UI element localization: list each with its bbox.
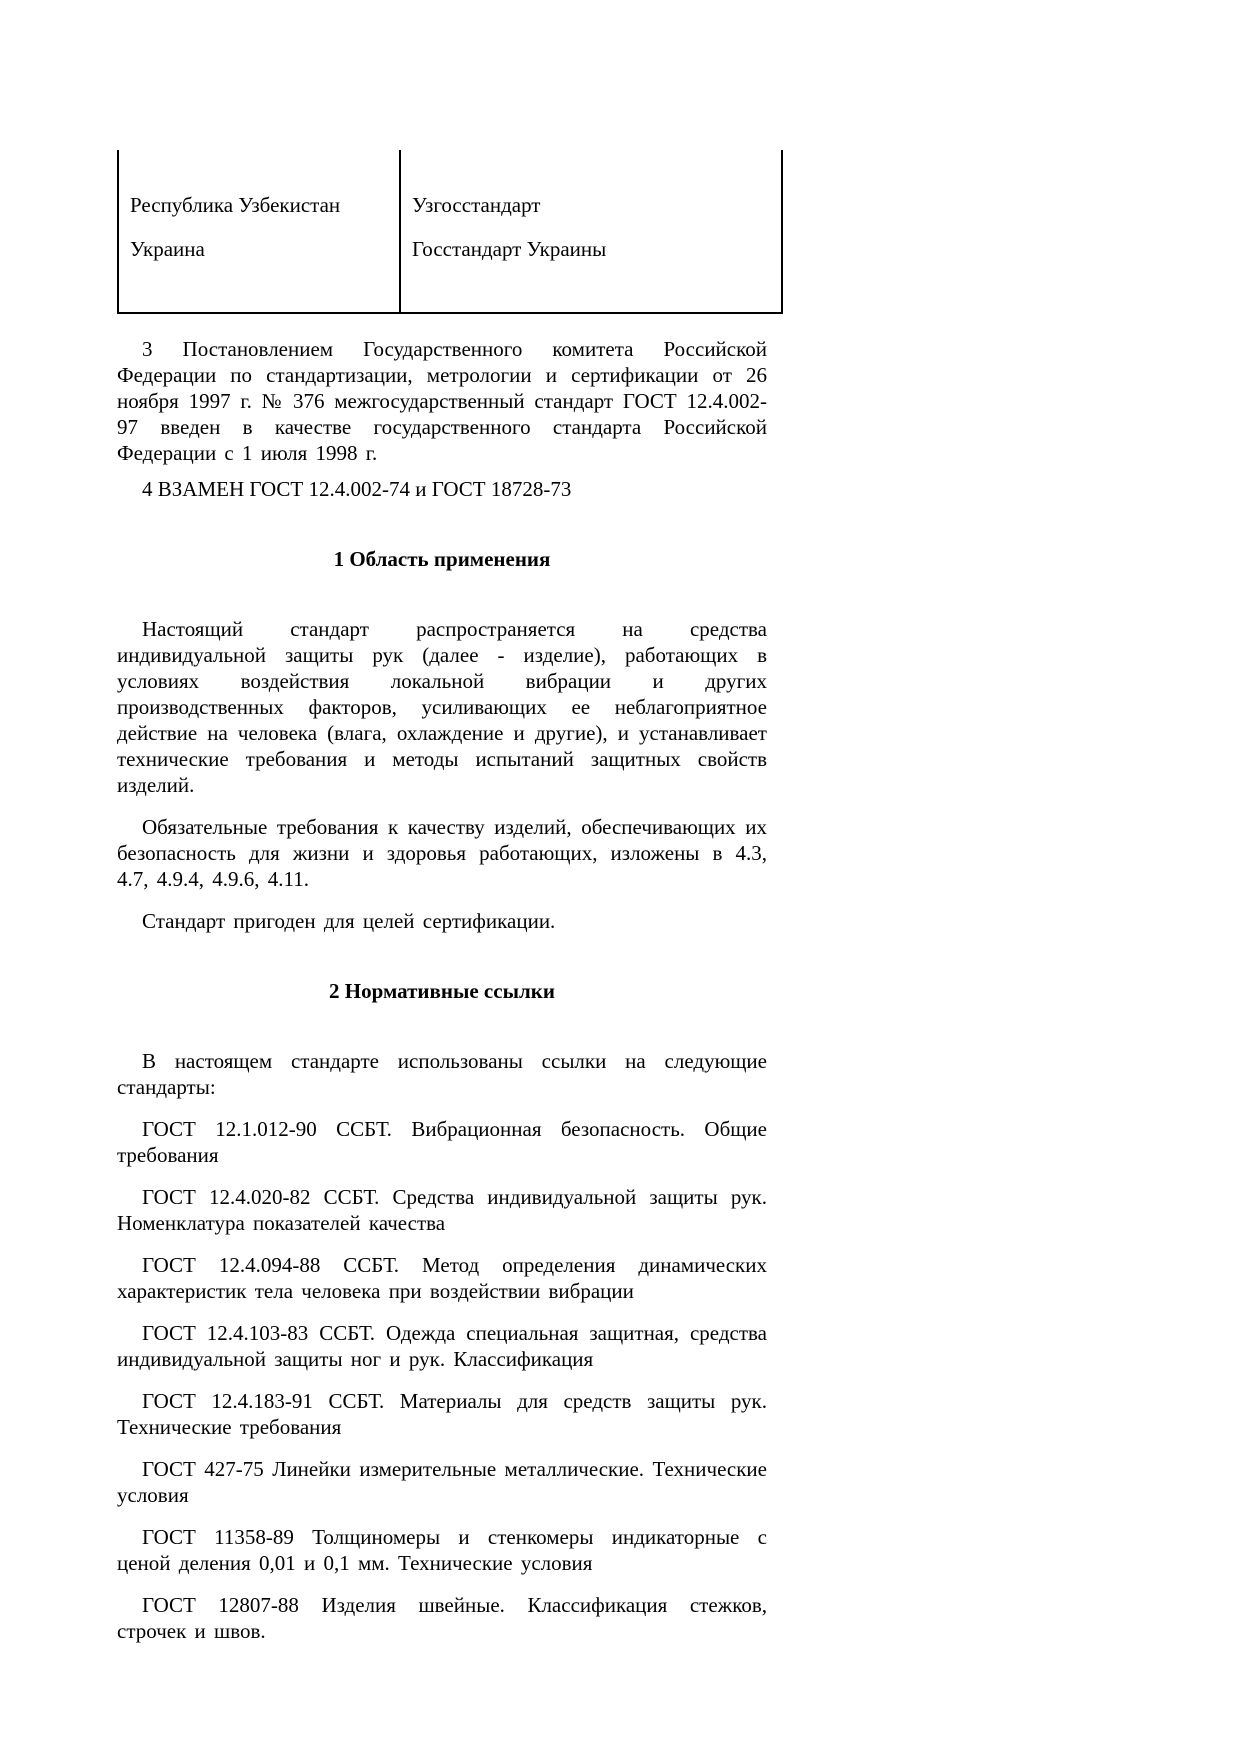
state-name: Украина	[130, 236, 389, 262]
normative-reference: ГОСТ 427-75 Линейки измерительные металл…	[117, 1456, 767, 1508]
normative-reference: ГОСТ 12.4.103-83 ССБТ. Одежда специальна…	[117, 1320, 767, 1372]
table-cell-agencies: Узгосстандарт Госстандарт Украины	[399, 150, 783, 312]
section-2-heading: 2 Нормативные ссылки	[117, 978, 767, 1004]
agency-name: Узгосстандарт	[412, 192, 771, 218]
scope-paragraph: Настоящий стандарт распространяется на с…	[117, 616, 767, 798]
references-intro: В настоящем стандарте использованы ссылк…	[117, 1048, 767, 1100]
document-page: Республика Узбекистан Украина Узгосстанд…	[0, 0, 1240, 1755]
normative-reference: ГОСТ 12.4.183-91 ССБТ. Материалы для сре…	[117, 1388, 767, 1440]
scope-paragraph: Стандарт пригоден для целей сертификации…	[117, 908, 767, 934]
foreword-item-4: 4 ВЗАМЕН ГОСТ 12.4.002-74 и ГОСТ 18728-7…	[117, 476, 767, 502]
normative-reference: ГОСТ 12807-88 Изделия швейные. Классифик…	[117, 1592, 767, 1644]
state-name: Республика Узбекистан	[130, 192, 389, 218]
normative-reference: ГОСТ 12.4.020-82 ССБТ. Средства индивиду…	[117, 1184, 767, 1236]
section-1-heading: 1 Область применения	[117, 546, 767, 572]
foreword-item-3: 3 Постановлением Государственного комите…	[117, 336, 767, 466]
agency-name: Госстандарт Украины	[412, 236, 771, 262]
table-cell-states: Республика Узбекистан Украина	[117, 150, 399, 312]
normative-reference: ГОСТ 11358-89 Толщиномеры и стенкомеры и…	[117, 1524, 767, 1576]
document-content: Республика Узбекистан Украина Узгосстанд…	[117, 150, 767, 1644]
member-states-table: Республика Узбекистан Украина Узгосстанд…	[117, 150, 783, 314]
normative-reference: ГОСТ 12.1.012-90 ССБТ. Вибрационная безо…	[117, 1116, 767, 1168]
normative-reference: ГОСТ 12.4.094-88 ССБТ. Метод определения…	[117, 1252, 767, 1304]
scope-paragraph: Обязательные требования к качеству издел…	[117, 814, 767, 892]
